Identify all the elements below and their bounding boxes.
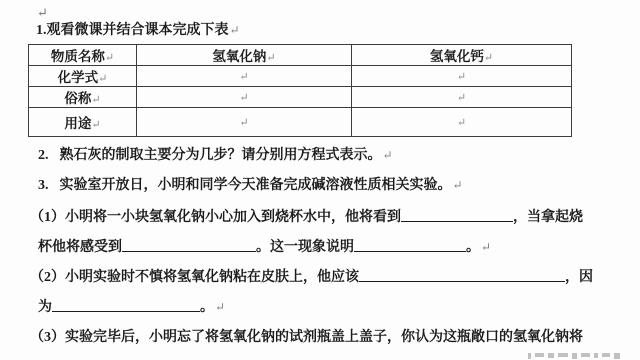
question-2: 2.熟石灰的制取主要分为几步？请分别用方程式表示。↵ bbox=[38, 147, 393, 164]
question-2-number: 2. bbox=[38, 148, 49, 163]
substance-table: 物质名称↵ 氢氧化钠↵ 氢氧化钙↵ 化学式↵ ↵ ↵ 俗称↵ ↵ ↵ 用途↵ ↵… bbox=[28, 44, 572, 137]
q3-1-text-e: 。 bbox=[466, 240, 480, 255]
paragraph-mark-icon: ↵ bbox=[484, 52, 493, 64]
worksheet-page: ↵ 1.观看微课并结合课本完成下表↵ 物质名称↵ 氢氧化钠↵ 氢氧化钙↵ 化学式… bbox=[0, 0, 640, 360]
q3-1-text-a: （1）小明将一小块氢氧化钠小心加入到烧杯水中，他将看到 bbox=[30, 210, 401, 225]
empty-cell-uses-naoh[interactable]: ↵ bbox=[137, 108, 352, 137]
question-3-2-line-1: （2）小明实验时不慎将氢氧化钠粘在皮肤上，他应该，因 bbox=[30, 269, 593, 286]
q3-2-text-d: 。 bbox=[200, 300, 214, 315]
question-2-text: 熟石灰的制取主要分为几步？请分别用方程式表示。 bbox=[60, 148, 382, 163]
q3-1-text-d: 。这一现象说明 bbox=[256, 240, 354, 255]
paragraph-mark-icon: ↵ bbox=[239, 117, 248, 129]
paragraph-mark-icon: ↵ bbox=[37, 5, 48, 21]
q3-1-text-b: ，当拿起烧 bbox=[513, 210, 583, 225]
question-3: 3.实验室开放日，小明和同学今天准备完成碱溶液性质相关实验。↵ bbox=[38, 177, 463, 194]
question-3-1-line-2: 杯他将感受到。这一现象说明。↵ bbox=[38, 239, 491, 256]
empty-cell-common-name-caoh2[interactable]: ↵ bbox=[352, 87, 572, 108]
header-cell-substance-name: 物质名称↵ bbox=[29, 45, 137, 66]
fill-blank-explanation[interactable] bbox=[354, 239, 466, 252]
fill-blank-reason[interactable] bbox=[52, 299, 200, 312]
paragraph-mark-icon: ↵ bbox=[452, 178, 463, 192]
cutoff-watermark-fragment bbox=[528, 353, 632, 360]
question-3-text: 实验室开放日，小明和同学今天准备完成碱溶液性质相关实验。 bbox=[60, 178, 452, 193]
title-text: 1.观看微课并结合课本完成下表 bbox=[36, 23, 229, 38]
header-cell-naoh: 氢氧化钠↵ bbox=[137, 45, 352, 66]
paragraph-mark-icon: ↵ bbox=[214, 300, 225, 314]
paragraph-mark-icon: ↵ bbox=[229, 23, 240, 37]
paragraph-mark-icon: ↵ bbox=[457, 92, 466, 104]
header-cell-caoh2: 氢氧化钙↵ bbox=[352, 45, 572, 66]
table-row-common-name: 俗称↵ ↵ ↵ bbox=[29, 87, 572, 108]
empty-cell-formula-caoh2[interactable]: ↵ bbox=[352, 66, 572, 87]
q3-3-text: （3）实验完毕后，小明忘了将氢氧化钠的试剂瓶盖上盖子，你认为这瓶敞口的氢氧化钠将 bbox=[30, 330, 583, 345]
row-label-uses: 用途↵ bbox=[29, 108, 137, 137]
table-row-formula: 化学式↵ ↵ ↵ bbox=[29, 66, 572, 87]
table-header-row: 物质名称↵ 氢氧化钠↵ 氢氧化钙↵ bbox=[29, 45, 572, 66]
table-row-uses: 用途↵ ↵ ↵ bbox=[29, 108, 572, 137]
question-3-3-line-1: （3）实验完毕后，小明忘了将氢氧化钠的试剂瓶盖上盖子，你认为这瓶敞口的氢氧化钠将 bbox=[30, 330, 583, 346]
fill-blank-action[interactable] bbox=[359, 269, 565, 282]
q3-2-text-c: 为 bbox=[38, 300, 52, 315]
fill-blank-observation[interactable] bbox=[401, 209, 513, 222]
paragraph-mark-icon: ↵ bbox=[91, 119, 100, 131]
question-3-1-line-1: （1）小明将一小块氢氧化钠小心加入到烧杯水中，他将看到，当拿起烧 bbox=[30, 209, 583, 226]
paragraph-mark-icon: ↵ bbox=[239, 71, 248, 83]
q3-1-text-c: 杯他将感受到 bbox=[38, 240, 122, 255]
empty-cell-uses-caoh2[interactable]: ↵ bbox=[352, 108, 572, 137]
empty-cell-common-name-naoh[interactable]: ↵ bbox=[137, 87, 352, 108]
paragraph-mark-icon: ↵ bbox=[382, 148, 393, 162]
paragraph-mark-icon: ↵ bbox=[480, 240, 491, 254]
paragraph-mark-icon: ↵ bbox=[457, 71, 466, 83]
paragraph-mark-icon: ↵ bbox=[239, 92, 248, 104]
worksheet-title: 1.观看微课并结合课本完成下表↵ bbox=[36, 22, 240, 39]
fill-blank-feeling[interactable] bbox=[122, 239, 256, 252]
row-label-formula: 化学式↵ bbox=[29, 66, 137, 87]
paragraph-mark-icon: ↵ bbox=[98, 73, 107, 85]
question-3-2-line-2: 为。↵ bbox=[38, 299, 225, 316]
paragraph-mark-icon: ↵ bbox=[457, 117, 466, 129]
paragraph-mark-icon: ↵ bbox=[91, 94, 100, 106]
paragraph-mark-icon: ↵ bbox=[266, 52, 275, 64]
q3-2-text-b: ，因 bbox=[565, 270, 593, 285]
q3-2-text-a: （2）小明实验时不慎将氢氧化钠粘在皮肤上，他应该 bbox=[30, 270, 359, 285]
question-3-number: 3. bbox=[38, 178, 49, 193]
row-label-common-name: 俗称↵ bbox=[29, 87, 137, 108]
empty-cell-formula-naoh[interactable]: ↵ bbox=[137, 66, 352, 87]
paragraph-mark-icon: ↵ bbox=[105, 52, 114, 64]
